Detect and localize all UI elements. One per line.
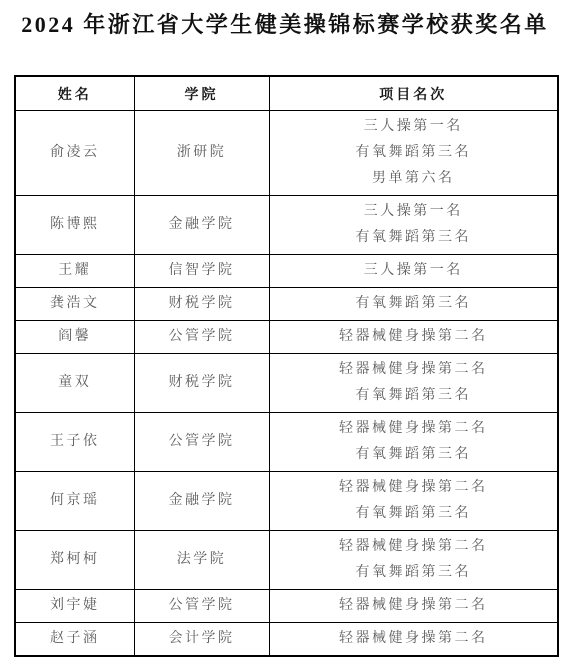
award-line: 轻器械健身操第二名 <box>272 626 556 652</box>
column-header-name: 姓名 <box>15 76 134 111</box>
table-row: 何京瑶 金融学院 轻器械健身操第二名有氧舞蹈第三名 <box>15 472 558 531</box>
college-cell: 公管学院 <box>134 590 269 623</box>
name-cell: 陈博熙 <box>15 196 134 255</box>
table-row: 陈博熙 金融学院 三人操第一名有氧舞蹈第三名 <box>15 196 558 255</box>
award-line: 有氧舞蹈第三名 <box>272 291 556 317</box>
awards-table: 姓名 学院 项目名次 俞凌云 浙研院 三人操第一名有氧舞蹈第三名男单第六名 陈博… <box>14 75 559 657</box>
awards-cell: 三人操第一名 <box>269 255 558 288</box>
name-cell: 阎馨 <box>15 321 134 354</box>
college-cell: 财税学院 <box>134 354 269 413</box>
award-line: 男单第六名 <box>272 166 556 192</box>
name-cell: 刘宇婕 <box>15 590 134 623</box>
document-page: 2024 年浙江省大学生健美操锦标赛学校获奖名单 姓名 学院 项目名次 俞凌云 … <box>0 0 570 668</box>
college-cell: 金融学院 <box>134 472 269 531</box>
award-line: 轻器械健身操第二名 <box>272 475 556 501</box>
award-line: 轻器械健身操第二名 <box>272 534 556 560</box>
awards-cell: 轻器械健身操第二名有氧舞蹈第三名 <box>269 531 558 590</box>
award-line: 三人操第一名 <box>272 114 556 140</box>
table-row: 童双 财税学院 轻器械健身操第二名有氧舞蹈第三名 <box>15 354 558 413</box>
college-cell: 公管学院 <box>134 413 269 472</box>
table-row: 王子依 公管学院 轻器械健身操第二名有氧舞蹈第三名 <box>15 413 558 472</box>
awards-cell: 轻器械健身操第二名 <box>269 590 558 623</box>
award-line: 三人操第一名 <box>272 199 556 225</box>
name-cell: 龚浩文 <box>15 288 134 321</box>
award-line: 有氧舞蹈第三名 <box>272 442 556 468</box>
college-cell: 会计学院 <box>134 623 269 657</box>
name-cell: 王耀 <box>15 255 134 288</box>
table-row: 龚浩文 财税学院 有氧舞蹈第三名 <box>15 288 558 321</box>
awards-cell: 轻器械健身操第二名 <box>269 623 558 657</box>
awards-cell: 三人操第一名有氧舞蹈第三名男单第六名 <box>269 111 558 196</box>
table-row: 俞凌云 浙研院 三人操第一名有氧舞蹈第三名男单第六名 <box>15 111 558 196</box>
header-row: 姓名 学院 项目名次 <box>15 76 558 111</box>
award-line: 有氧舞蹈第三名 <box>272 140 556 166</box>
college-cell: 公管学院 <box>134 321 269 354</box>
column-header-college: 学院 <box>134 76 269 111</box>
award-line: 轻器械健身操第二名 <box>272 593 556 619</box>
name-cell: 赵子涵 <box>15 623 134 657</box>
name-cell: 王子依 <box>15 413 134 472</box>
award-line: 有氧舞蹈第三名 <box>272 560 556 586</box>
college-cell: 浙研院 <box>134 111 269 196</box>
college-cell: 信智学院 <box>134 255 269 288</box>
award-line: 轻器械健身操第二名 <box>272 416 556 442</box>
award-line: 有氧舞蹈第三名 <box>272 501 556 527</box>
award-line: 轻器械健身操第二名 <box>272 324 556 350</box>
table-row: 赵子涵 会计学院 轻器械健身操第二名 <box>15 623 558 657</box>
award-line: 有氧舞蹈第三名 <box>272 383 556 409</box>
page-title: 2024 年浙江省大学生健美操锦标赛学校获奖名单 <box>0 0 570 40</box>
award-line: 三人操第一名 <box>272 258 556 284</box>
awards-cell: 轻器械健身操第二名有氧舞蹈第三名 <box>269 472 558 531</box>
name-cell: 俞凌云 <box>15 111 134 196</box>
college-cell: 法学院 <box>134 531 269 590</box>
college-cell: 财税学院 <box>134 288 269 321</box>
name-cell: 郑柯柯 <box>15 531 134 590</box>
college-cell: 金融学院 <box>134 196 269 255</box>
table-row: 王耀 信智学院 三人操第一名 <box>15 255 558 288</box>
awards-cell: 轻器械健身操第二名 <box>269 321 558 354</box>
award-line: 轻器械健身操第二名 <box>272 357 556 383</box>
table-row: 刘宇婕 公管学院 轻器械健身操第二名 <box>15 590 558 623</box>
awards-cell: 轻器械健身操第二名有氧舞蹈第三名 <box>269 354 558 413</box>
column-header-awards: 项目名次 <box>269 76 558 111</box>
awards-cell: 轻器械健身操第二名有氧舞蹈第三名 <box>269 413 558 472</box>
table-row: 阎馨 公管学院 轻器械健身操第二名 <box>15 321 558 354</box>
award-line: 有氧舞蹈第三名 <box>272 225 556 251</box>
name-cell: 童双 <box>15 354 134 413</box>
awards-cell: 有氧舞蹈第三名 <box>269 288 558 321</box>
table-row: 郑柯柯 法学院 轻器械健身操第二名有氧舞蹈第三名 <box>15 531 558 590</box>
awards-cell: 三人操第一名有氧舞蹈第三名 <box>269 196 558 255</box>
name-cell: 何京瑶 <box>15 472 134 531</box>
